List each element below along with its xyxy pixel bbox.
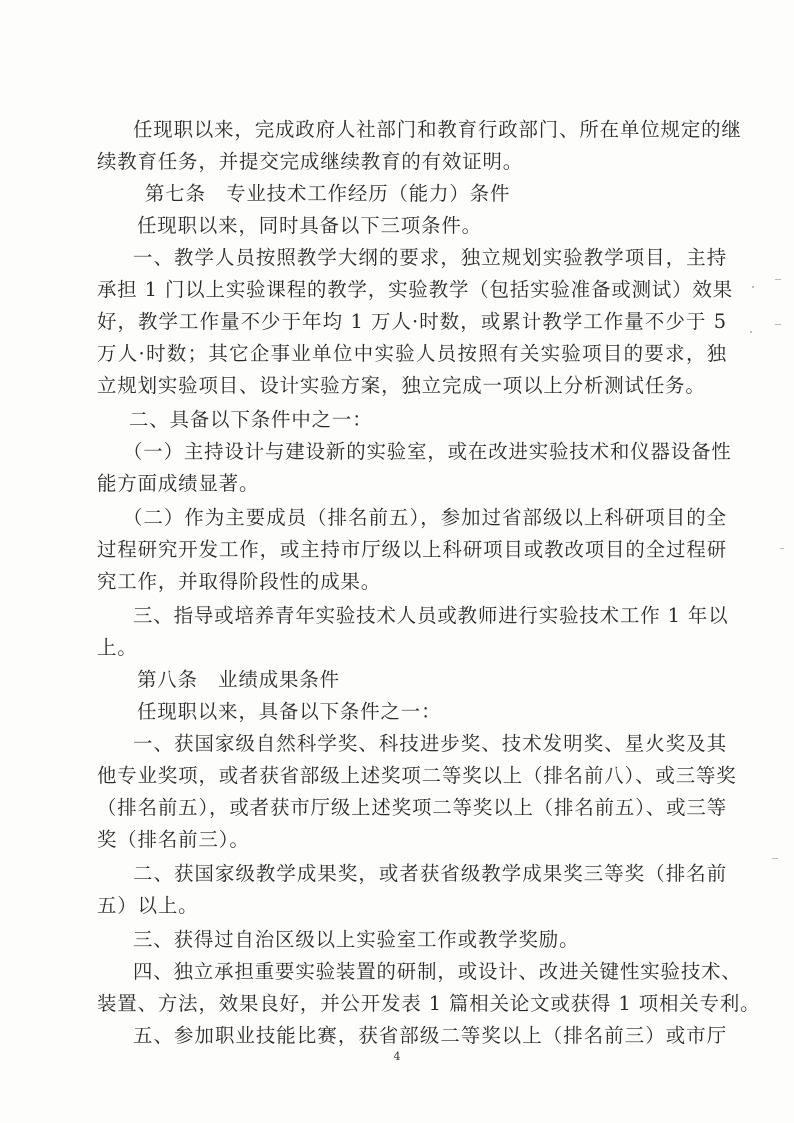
page-number: 4 bbox=[0, 1050, 794, 1063]
text-line: 四、独立承担重要实验装置的研制，或设计、改进关键性实验技术、 bbox=[133, 960, 727, 984]
scan-speck bbox=[780, 548, 784, 549]
text-line: 一、教学人员按照教学大纲的要求，独立规划实验教学项目，主持 bbox=[133, 246, 727, 270]
document-page: 任现职以来，完成政府人社部门和教育行政部门、所在单位规定的继续教育任务，并提交完… bbox=[0, 0, 794, 1123]
text-line: 能方面成绩显著。 bbox=[97, 472, 727, 496]
text-line: 好，教学工作量不少于年均 1 万人·时数，或累计教学工作量不少于 5 bbox=[97, 310, 727, 334]
text-line: 续教育任务，并提交完成继续教育的有效证明。 bbox=[97, 150, 727, 174]
text-line: 任现职以来，完成政府人社部门和教育行政部门、所在单位规定的继 bbox=[133, 118, 727, 142]
text-line: 究工作，并取得阶段性的成果。 bbox=[97, 570, 727, 594]
text-line: 二、具备以下条件中之一： bbox=[129, 408, 727, 432]
text-line: 上。 bbox=[97, 636, 727, 660]
scan-speck bbox=[750, 331, 752, 333]
text-line: 装置、方法，效果良好，并公开发表 1 篇相关论文或获得 1 项相关专利。 bbox=[97, 992, 727, 1016]
text-line: 承担 1 门以上实验课程的教学，实验教学（包括实验准备或测试）效果 bbox=[97, 278, 727, 302]
text-line: 一、获国家级自然科学奖、科技进步奖、技术发明奖、星火奖及其 bbox=[133, 732, 727, 756]
text-line: （排名前五），或者获市厅级上述奖项二等奖以上（排名前五）、或三等 bbox=[97, 796, 727, 820]
text-line: 第七条 专业技术工作经历（能力）条件 bbox=[145, 182, 727, 206]
text-line: 任现职以来，具备以下条件之一： bbox=[137, 700, 727, 724]
text-line: 他专业奖项，或者获省部级上述奖项二等奖以上（排名前八）、或三等奖 bbox=[97, 764, 727, 788]
scan-speck bbox=[772, 858, 778, 859]
text-line: 二、获国家级教学成果奖，或者获省级教学成果奖三等奖（排名前 bbox=[133, 862, 727, 886]
text-line: （二）作为主要成员（排名前五），参加过省部级以上科研项目的全 bbox=[123, 506, 727, 530]
text-line: 三、指导或培养青年实验技术人员或教师进行实验技术工作 1 年以 bbox=[133, 604, 727, 628]
text-line: 过程研究开发工作，或主持市厅级以上科研项目或教改项目的全过程研 bbox=[97, 538, 727, 562]
text-line: （一）主持设计与建设新的实验室，或在改进实验技术和仪器设备性 bbox=[123, 440, 727, 464]
scan-speck bbox=[752, 286, 754, 288]
scan-speck bbox=[775, 324, 781, 325]
scan-speck bbox=[775, 279, 781, 280]
text-line: 任现职以来，同时具备以下三项条件。 bbox=[137, 214, 727, 238]
text-line: 立规划实验项目、设计实验方案，独立完成一项以上分析测试任务。 bbox=[97, 374, 727, 398]
text-line: 五、参加职业技能比赛，获省部级二等奖以上（排名前三）或市厅 bbox=[133, 1024, 727, 1048]
text-line: 三、获得过自治区级以上实验室工作或教学奖励。 bbox=[133, 928, 727, 952]
text-line: 五）以上。 bbox=[97, 894, 727, 918]
text-line: 奖（排名前三）。 bbox=[97, 828, 727, 852]
text-line: 万人·时数；其它企事业单位中实验人员按照有关实验项目的要求，独 bbox=[97, 342, 727, 366]
text-line: 第八条 业绩成果条件 bbox=[137, 668, 727, 692]
